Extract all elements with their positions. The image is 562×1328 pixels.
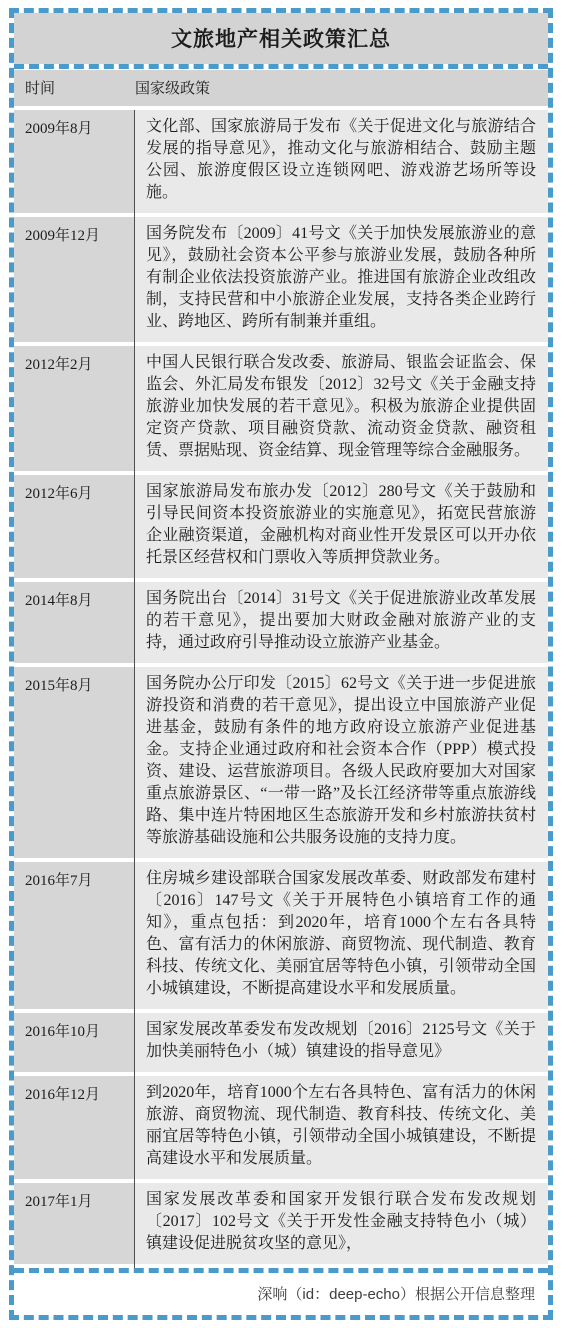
- policy-cell: 国务院办公厅印发〔2015〕62号文《关于进一步促进旅游投资和消费的若干意见》，…: [135, 667, 548, 858]
- policy-cell: 到2020年，培育1000个左右各具特色、富有活力的休闲旅游、商贸物流、现代制造…: [135, 1076, 548, 1179]
- policy-cell: 国家发展改革委和国家开发银行联合发布发改规划〔2017〕102号文《关于开发性金…: [135, 1183, 548, 1264]
- date-cell: 2016年12月: [14, 1076, 134, 1179]
- date-cell: 2012年2月: [14, 346, 134, 471]
- table-row: 2017年1月 国家发展改革委和国家开发银行联合发布发改规划〔2017〕102号…: [14, 1183, 548, 1264]
- date-cell: 2015年8月: [14, 667, 134, 858]
- table-row: 2016年12月 到2020年，培育1000个左右各具特色、富有活力的休闲旅游、…: [14, 1076, 548, 1179]
- date-cell: 2009年12月: [14, 217, 134, 342]
- policy-cell: 国务院出台〔2014〕31号文《关于促进旅游业改革发展的若干意见》，提出要加大财…: [135, 582, 548, 663]
- policy-cell: 国务院发布〔2009〕41号文《关于加快发展旅游业的意见》，鼓励社会资本公平参与…: [135, 217, 548, 342]
- date-cell: 2012年6月: [14, 475, 134, 578]
- policy-cell: 国家旅游局发布旅办发〔2012〕280号文《关于鼓励和引导民间资本投资旅游业的实…: [135, 475, 548, 578]
- table-row: 2012年2月 中国人民银行联合发改委、旅游局、银监会证监会、保监会、外汇局发布…: [14, 346, 548, 471]
- date-cell: 2016年7月: [14, 862, 134, 1009]
- date-cell: 2017年1月: [14, 1183, 134, 1264]
- policy-cell: 中国人民银行联合发改委、旅游局、银监会证监会、保监会、外汇局发布银发〔2012〕…: [135, 346, 548, 471]
- policy-cell: 住房城乡建设部联合国家发展改革委、财政部发布建村〔2016〕147号文《关于开展…: [135, 862, 548, 1009]
- table-row: 2015年8月 国务院办公厅印发〔2015〕62号文《关于进一步促进旅游投资和消…: [14, 667, 548, 858]
- date-cell: 2016年10月: [14, 1013, 134, 1072]
- table-row: 2016年7月 住房城乡建设部联合国家发展改革委、财政部发布建村〔2016〕14…: [14, 862, 548, 1009]
- title-bar: 文旅地产相关政策汇总: [14, 13, 548, 64]
- table-header-row: 时间 国家级政策: [14, 70, 548, 106]
- table-row: 2012年6月 国家旅游局发布旅办发〔2012〕280号文《关于鼓励和引导民间资…: [14, 475, 548, 578]
- table-row: 2009年8月 文化部、国家旅游局于发布《关于促进文化与旅游结合发展的指导意见》…: [14, 110, 548, 213]
- footer: 深响（id：deep-echo）根据公开信息整理: [14, 1273, 548, 1315]
- page: 文旅地产相关政策汇总 时间 国家级政策 2009年8月 文化部、国家旅游局于发布…: [0, 0, 562, 1328]
- table-row: 2009年12月 国务院发布〔2009〕41号文《关于加快发展旅游业的意见》，鼓…: [14, 217, 548, 342]
- title-separator: [14, 64, 548, 69]
- date-cell: 2014年8月: [14, 582, 134, 663]
- policy-cell: 国家发展改革委发布发改规划〔2016〕2125号文《关于加快美丽特色小（城）镇建…: [135, 1013, 548, 1072]
- page-title: 文旅地产相关政策汇总: [171, 27, 391, 51]
- policy-summary-frame: 文旅地产相关政策汇总 时间 国家级政策 2009年8月 文化部、国家旅游局于发布…: [9, 8, 553, 1320]
- table-row: 2016年10月 国家发展改革委发布发改规划〔2016〕2125号文《关于加快美…: [14, 1013, 548, 1072]
- table-row: 2014年8月 国务院出台〔2014〕31号文《关于促进旅游业改革发展的若干意见…: [14, 582, 548, 663]
- header-time: 时间: [14, 77, 135, 98]
- policy-cell: 文化部、国家旅游局于发布《关于促进文化与旅游结合发展的指导意见》，推动文化与旅游…: [135, 110, 548, 213]
- policy-table: 2009年8月 文化部、国家旅游局于发布《关于促进文化与旅游结合发展的指导意见》…: [14, 110, 548, 1268]
- header-national-policy: 国家级政策: [135, 77, 548, 98]
- credit-text: 深响（id：deep-echo）根据公开信息整理: [257, 1286, 535, 1303]
- date-cell: 2009年8月: [14, 110, 134, 213]
